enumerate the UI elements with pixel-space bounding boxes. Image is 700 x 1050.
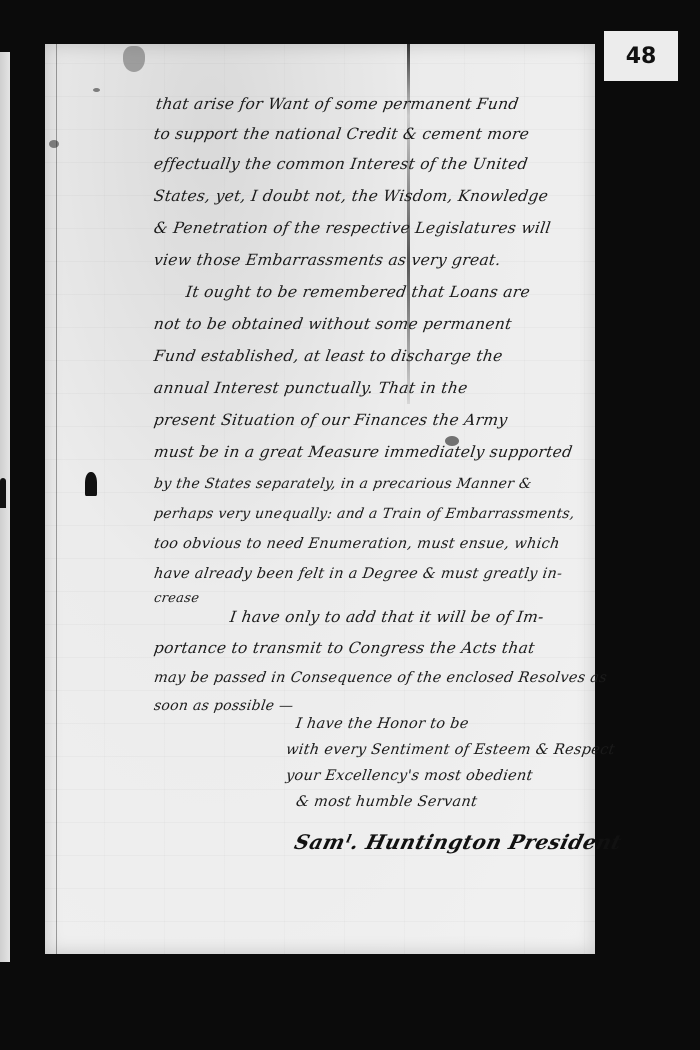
letter-line: soon as possible — (153, 696, 295, 716)
letter-line: too obvious to need Enumeration, must en… (153, 534, 561, 554)
letter-line: States, yet, I doubt not, the Wisdom, Kn… (153, 186, 550, 206)
closing-line: your Excellency's most obedient (285, 766, 535, 786)
letter-line: view those Embarrassments as very great. (153, 250, 503, 270)
letter-line: may be passed in Consequence of the encl… (153, 668, 609, 688)
page-number-badge: 48 (604, 31, 678, 81)
ink-blot (85, 472, 97, 496)
signature: Samˡ. Huntington President (292, 830, 624, 854)
ink-dot (93, 88, 100, 92)
letter-line: & Penetration of the respective Legislat… (153, 218, 553, 238)
letter-line: have already been felt in a Degree & mus… (153, 564, 564, 584)
letter-line: to support the national Credit & cement … (153, 124, 531, 144)
letter-line: that arise for Want of some permanent Fu… (155, 94, 521, 114)
letter-line: It ought to be remembered that Loans are (185, 282, 532, 302)
letter-line: Fund established, at least to discharge … (153, 346, 505, 366)
closing-line: & most humble Servant (295, 792, 479, 812)
page-margin-rule (56, 44, 57, 954)
letter-line: must be in a great Measure immediately s… (153, 442, 574, 462)
letter-line: perhaps very unequally: and a Train of E… (153, 504, 577, 524)
letter-line: annual Interest punctually. That in the (153, 378, 469, 398)
letter-line: I have only to add that it will be of Im… (229, 607, 546, 627)
manuscript-page (45, 44, 595, 954)
closing-line: I have the Honor to be (295, 714, 470, 734)
letter-line: present Situation of our Finances the Ar… (153, 410, 509, 430)
letter-line: crease (153, 589, 201, 609)
ink-stain (123, 46, 145, 72)
adjacent-page-ink-mark (0, 478, 6, 508)
closing-line: with every Sentiment of Esteem & Respect (285, 740, 616, 760)
page-number: 48 (626, 44, 657, 69)
letter-line: effectually the common Interest of the U… (153, 154, 530, 174)
letter-line: by the States separately, in a precariou… (153, 474, 533, 494)
ink-dot (49, 140, 59, 148)
letter-line: portance to transmit to Congress the Act… (153, 638, 537, 658)
letter-line: not to be obtained without some permanen… (153, 314, 514, 334)
